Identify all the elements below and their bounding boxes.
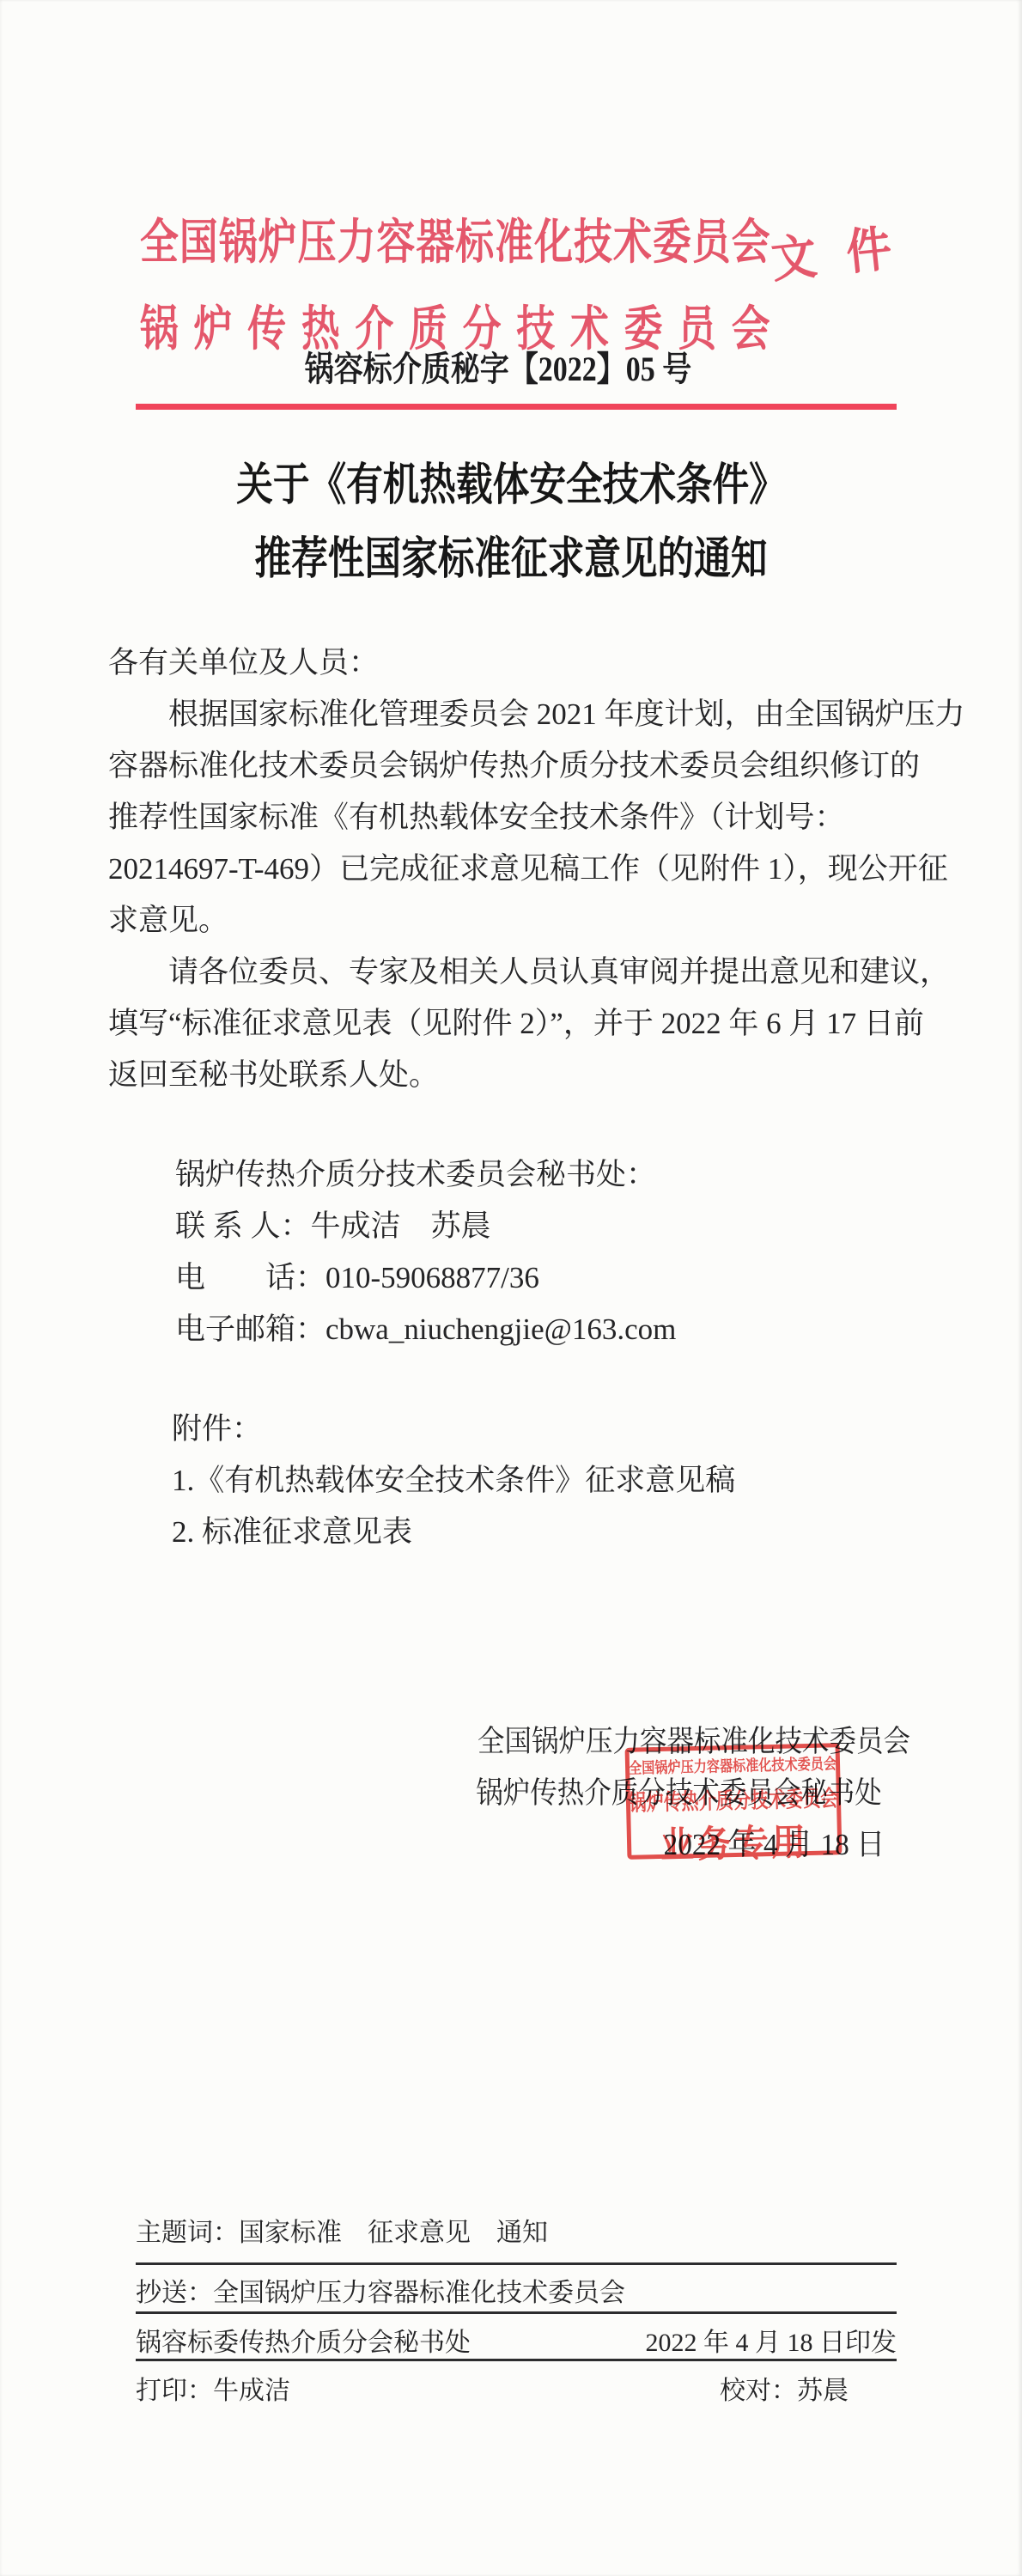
body-line: 返回至秘书处联系人处。 (108, 1050, 911, 1101)
attachments: 附件： 1.《有机热载体安全技术条件》征求意见稿 2. 标准征求意见表 (172, 1404, 735, 1558)
body-line: 根据国家标准化管理委员会 2021 年度计划，由全国锅炉压力 (108, 689, 911, 740)
footer-cc: 抄送：全国锅炉压力容器标准化技术委员会 (136, 2275, 897, 2312)
body-line: 推荐性国家标准《有机热载体安全技术条件》（计划号： (108, 792, 911, 843)
document-number: 锅容标介质秘字【2022】05 号 (0, 342, 996, 391)
body-line: 20214697-T-469）已完成征求意见稿工作（见附件 1），现公开征 (108, 843, 911, 895)
body-text: 各有关单位及人员： 根据国家标准化管理委员会 2021 年度计划，由全国锅炉压力… (108, 637, 911, 1101)
footer-issue-date: 2022 年 4 月 18 日印发 (646, 2324, 897, 2362)
body-line: 求意见。 (108, 895, 911, 947)
letterhead-doc-type: 文 件 (768, 208, 904, 291)
letterhead-org-line1: 全国锅炉压力容器标准化技术委员会 (140, 200, 770, 287)
official-seal-stamp: 全国锅炉压力容器标准化技术委员会 锅炉传热介质分技术委员会 业务专用 (625, 1743, 843, 1860)
footer-printed-by: 打印：牛成洁 (136, 2372, 290, 2410)
stamp-usage-label: 业务专用 (660, 1813, 809, 1869)
contact-person: 联 系 人：牛成洁 苏晨 (175, 1201, 676, 1252)
body-line: 请各位委员、专家及相关人员认真审阅并提出意见和建议， (108, 947, 911, 998)
contact-heading: 锅炉传热介质分技术委员会秘书处： (175, 1149, 676, 1201)
footer-subject-keywords: 主题词：国家标准 征求意见 通知 (136, 2214, 897, 2252)
letterhead-divider-rule (136, 404, 897, 410)
attachment-item: 2. 标准征求意见表 (172, 1507, 735, 1558)
stamp-org-line2: 锅炉传热介质分技术委员会 (629, 1781, 838, 1818)
footer-print-row: 打印：牛成洁 校对：苏晨 (136, 2372, 897, 2410)
footer-rule (136, 2311, 897, 2314)
body-line: 填写“标准征求意见表（见附件 2）”，并于 2022 年 6 月 17 日前 (108, 998, 911, 1050)
footer-rule (136, 2262, 897, 2265)
body-salutation: 各有关单位及人员： (108, 637, 911, 689)
footer-issuer: 锅容标委传热介质分会秘书处 (136, 2324, 471, 2362)
attachment-item: 1.《有机热载体安全技术条件》征求意见稿 (172, 1455, 735, 1507)
document-title-line2: 推荐性国家标准征求意见的通知 (0, 522, 1022, 587)
document-number-text: 锅容标介质秘字【2022】05 号 (305, 342, 692, 391)
footer-rule (136, 2359, 897, 2361)
contact-email: 电子邮箱：cbwa_niuchengjie@163.com (175, 1304, 676, 1355)
contact-phone: 电 话：010-59068877/36 (175, 1252, 676, 1304)
scanned-official-document: 全国锅炉压力容器标准化技术委员会 锅炉传热介质分技术委员会 文 件 锅容标介质秘… (0, 0, 1022, 2576)
body-line: 容器标准化技术委员会锅炉传热介质分技术委员会组织修订的 (108, 740, 911, 792)
footer-proofread-by: 校对：苏晨 (720, 2372, 897, 2410)
footer-issue-row: 锅容标委传热介质分会秘书处 2022 年 4 月 18 日印发 (136, 2324, 897, 2362)
contact-info: 锅炉传热介质分技术委员会秘书处： 联 系 人：牛成洁 苏晨 电 话：010-59… (175, 1149, 676, 1355)
attachments-heading: 附件： (172, 1404, 735, 1455)
document-title-line1: 关于《有机热载体安全技术条件》 (0, 448, 1022, 513)
stamp-org-line1: 全国锅炉压力容器标准化技术委员会 (629, 1751, 836, 1778)
